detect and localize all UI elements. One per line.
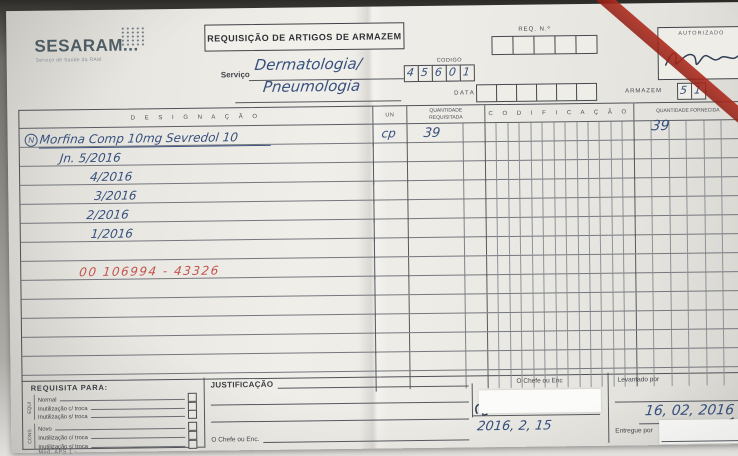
chefe-sign-line xyxy=(472,414,600,417)
codificacao-cell xyxy=(613,293,625,311)
fornecida-cell xyxy=(690,368,708,386)
codificacao-cell xyxy=(566,122,578,142)
fornecida-cell xyxy=(654,349,672,367)
col-un: UN xyxy=(373,106,407,123)
un-cell xyxy=(374,200,408,220)
codificacao-cell xyxy=(544,217,556,237)
item-rule xyxy=(55,428,185,431)
codificacao-cell xyxy=(486,199,498,219)
fornecida-cell xyxy=(724,310,738,328)
codificacao-cell xyxy=(555,236,567,254)
requisita-item-label: Inutilização c/ troca xyxy=(38,406,88,413)
codificacao-cell xyxy=(589,179,601,199)
codificacao-cell xyxy=(566,141,578,161)
qty-requisitada-subcell xyxy=(466,313,488,331)
fornecida-cell xyxy=(669,121,687,141)
codificacao-cell xyxy=(532,161,544,181)
codificacao-cell xyxy=(603,350,615,368)
fornecida-cell xyxy=(687,159,705,179)
codificacao-cell xyxy=(578,179,590,199)
codificacao-cell xyxy=(623,178,635,198)
un-cell: cp xyxy=(373,124,407,144)
fornecida-cell xyxy=(653,216,671,236)
data-box xyxy=(536,83,557,101)
fornecida-cell xyxy=(704,120,722,140)
codificacao-cell xyxy=(612,198,624,218)
fornecida-cell xyxy=(687,178,705,198)
fornecida-cell xyxy=(705,196,723,216)
codificacao-cell xyxy=(510,237,522,255)
codificacao-cell xyxy=(602,312,614,330)
codificacao-cell xyxy=(522,313,534,331)
fornecida-cell xyxy=(707,329,725,347)
fornecida-cell xyxy=(635,159,653,179)
designacao-text: 3/2016 xyxy=(94,188,138,203)
codificacao-cell xyxy=(531,142,543,162)
codificacao-cell xyxy=(511,313,523,331)
codificacao-cell xyxy=(579,293,591,311)
codificacao-cell xyxy=(579,274,591,292)
codificacao-cell xyxy=(567,274,579,292)
codificacao-cell xyxy=(577,141,589,161)
codificacao-cell xyxy=(521,237,533,255)
qty-requisitada-subcell xyxy=(465,256,487,276)
fornecida-cell xyxy=(722,120,738,140)
chefe-date: 2016, 2, 15 xyxy=(476,418,552,434)
qty-requisitada-subcell xyxy=(463,123,485,143)
fornecida-cell xyxy=(706,234,724,252)
codificacao-cell xyxy=(566,179,578,199)
codificacao-cell xyxy=(554,122,566,142)
fornecida-cell xyxy=(636,254,654,274)
item-rule xyxy=(91,408,185,410)
fornecida-cell xyxy=(670,197,688,217)
fornecida-cell xyxy=(669,140,687,160)
group-items: NormalInutilização c/ trocaInutilização … xyxy=(38,393,197,421)
codificacao-cell xyxy=(567,255,579,275)
fornecida-cell xyxy=(724,329,738,347)
qty-requisitada-cell xyxy=(409,275,465,294)
qty-requisitada-subcell xyxy=(464,180,486,200)
codigo-box-digit: 0 xyxy=(448,66,456,79)
codificacao-cell xyxy=(510,256,522,276)
fornecida-cell xyxy=(636,292,654,310)
codigo-box: 0 xyxy=(446,65,461,82)
codificacao-cell xyxy=(497,123,509,143)
codificacao-cell xyxy=(614,312,626,330)
codificacao-cell xyxy=(556,293,568,311)
codificacao-cell xyxy=(556,274,568,292)
fornecida-cell xyxy=(672,349,690,367)
un-cell xyxy=(374,181,408,201)
qty-requisitada-cell xyxy=(408,180,464,201)
codificacao-cell xyxy=(499,256,511,276)
codificacao-cell xyxy=(567,217,579,237)
requisita-item-label: Inutilização s/ troca xyxy=(38,414,88,421)
fornecida-cell xyxy=(671,235,689,253)
un-cell xyxy=(376,333,410,351)
codificacao-cell xyxy=(534,351,546,369)
codificacao-cell xyxy=(579,255,591,275)
codificacao-cell xyxy=(612,179,624,199)
codificacao-cell xyxy=(624,254,636,274)
codificacao-cell xyxy=(498,237,510,255)
codificacao-cell xyxy=(578,198,590,218)
chefe-sign-row: O Chefe ou Enc. xyxy=(211,433,469,443)
un-cell xyxy=(376,314,410,332)
codificacao-cell xyxy=(613,274,625,292)
codificacao-cell xyxy=(613,255,625,275)
fornecida-cell xyxy=(688,235,706,253)
qty-fornecida-text: 39 xyxy=(651,118,671,134)
codificacao-cell xyxy=(555,198,567,218)
codificacao-cell xyxy=(612,217,624,237)
qty-requisitada-cell xyxy=(410,332,466,351)
fornecida-cell xyxy=(672,330,690,348)
codificacao-cell xyxy=(601,198,613,218)
codificacao-cell xyxy=(533,237,545,255)
checkbox xyxy=(188,393,197,402)
codificacao-cell xyxy=(487,218,499,238)
table-body: NMorfina Comp 10mg Sevredol 10cp3939Jn. … xyxy=(19,120,738,394)
codificacao-cell xyxy=(590,274,602,292)
codificacao-cell xyxy=(568,293,580,311)
qty-requisitada-cell xyxy=(408,199,464,220)
un-cell xyxy=(375,276,409,294)
requisita-item-label: Normal xyxy=(38,397,57,403)
justificacao-rule-2 xyxy=(211,401,469,405)
codificacao-cell xyxy=(600,141,612,161)
codificacao-cell xyxy=(521,256,533,276)
codificacao-cell xyxy=(591,312,603,330)
codificacao-cell xyxy=(534,313,546,331)
codificacao-cell xyxy=(602,274,614,292)
fornecida-cell xyxy=(705,215,723,235)
servico-value-line2: Pneumologia xyxy=(262,77,361,96)
codificacao-cell xyxy=(544,255,556,275)
codificacao-cell xyxy=(509,180,521,200)
fornecida-cell xyxy=(654,330,672,348)
fornecida-cell xyxy=(706,310,724,328)
fornecida-cell xyxy=(653,197,671,217)
fornecida-cell xyxy=(687,140,705,160)
codificacao-cell xyxy=(554,141,566,161)
levantado-label: Levantado por xyxy=(618,376,660,384)
codificacao-cell xyxy=(543,141,555,161)
codificacao-cell xyxy=(556,312,568,330)
codificacao-cell xyxy=(488,294,500,312)
un-cell xyxy=(375,257,409,277)
codificacao-cell xyxy=(509,218,521,238)
fornecida-cell xyxy=(636,235,654,253)
codificacao-cell xyxy=(624,197,636,217)
req-n-box xyxy=(554,35,576,54)
qty-requisitada-subcell xyxy=(464,142,486,162)
data-box xyxy=(496,84,517,102)
col-codificacao: C O D I F I C A Ç Ã O xyxy=(485,103,634,122)
fornecida-cell xyxy=(637,349,655,367)
codificacao-cell xyxy=(533,256,545,276)
fornecida-cell xyxy=(725,367,738,385)
codificacao-cell xyxy=(625,292,637,310)
codificacao-cell xyxy=(497,161,509,181)
designacao-text: 2/2016 xyxy=(86,208,130,223)
fornecida-cell xyxy=(705,177,723,197)
codificacao-cell xyxy=(510,294,522,312)
codificacao-cell xyxy=(555,160,567,180)
requisita-para-box: REQUISITA PARA: EQUINormalInutilização c… xyxy=(22,378,206,450)
codigo-box: 4 xyxy=(404,65,419,82)
codificacao-cell xyxy=(623,159,635,179)
codificacao-cell xyxy=(500,351,512,369)
fornecida-cell xyxy=(689,311,707,329)
codificacao-cell xyxy=(488,332,500,350)
fornecida-cell xyxy=(671,311,689,329)
req-n-box xyxy=(512,36,534,55)
justificacao-rule-3 xyxy=(211,418,469,422)
fornecida-cell xyxy=(689,330,707,348)
fornecida-cell xyxy=(688,197,706,217)
qty-requisitada-cell xyxy=(409,218,465,239)
codificacao-cell xyxy=(509,161,521,181)
codificacao-cell xyxy=(566,160,578,180)
codificacao-cell xyxy=(522,332,534,350)
fornecida-cell xyxy=(652,159,670,179)
qty-requisitada-text: 39 xyxy=(423,126,441,141)
fornecida-cell xyxy=(653,254,671,274)
chefe-enc-label: O Chefe ou Enc. xyxy=(211,436,259,444)
codificacao-cell xyxy=(533,275,545,293)
fornecida-cell xyxy=(670,216,688,236)
fornecida-cell xyxy=(688,273,706,291)
fornecida-cell xyxy=(654,292,672,310)
codificacao-cell xyxy=(485,123,497,143)
chefe-header-label: O Chefe ou Enc xyxy=(479,377,601,385)
codificacao-cell xyxy=(486,180,498,200)
codificacao-cell xyxy=(588,122,600,142)
paper-form: SESARAM... Serviço de Saúde da RAM REQUI… xyxy=(6,2,738,453)
codificacao-cell xyxy=(578,236,590,254)
fornecida-cell xyxy=(672,368,690,386)
codificacao-cell xyxy=(577,122,589,142)
fornecida-cell xyxy=(704,139,722,159)
data-boxes xyxy=(477,83,597,102)
un-text: cp xyxy=(381,126,397,140)
codigo-box: 5 xyxy=(418,65,433,82)
fornecida-cell xyxy=(707,348,725,366)
codificacao-cell xyxy=(498,218,510,238)
checkbox xyxy=(188,440,197,449)
codificacao-cell xyxy=(532,180,544,200)
item-rule xyxy=(60,399,185,402)
fornecida-cell xyxy=(724,291,738,309)
codificacao-cell xyxy=(497,142,509,162)
fornecida-cell xyxy=(634,121,652,141)
codificacao-cell xyxy=(623,121,635,141)
fornecida-cell xyxy=(636,273,654,291)
codificacao-cell xyxy=(590,293,602,311)
fornecida-cell xyxy=(671,292,689,310)
fornecida-cell xyxy=(635,197,653,217)
codificacao-cell xyxy=(589,198,601,218)
codificacao-cell xyxy=(499,332,511,350)
redaction-box-chefe xyxy=(479,389,601,413)
qty-requisitada-subcell xyxy=(465,237,487,255)
col-qty-requisitada: QUANTIDADE REQUISITADA xyxy=(407,105,485,123)
codificacao-cell xyxy=(520,161,532,181)
codificacao-cell xyxy=(612,160,624,180)
fornecida-cell xyxy=(688,216,706,236)
codificacao-cell xyxy=(602,293,614,311)
fornecida-cell xyxy=(652,140,670,160)
codificacao-cell xyxy=(579,312,591,330)
fornecida-cell xyxy=(652,178,670,198)
un-cell xyxy=(376,352,410,370)
fornecida-cell xyxy=(707,367,725,385)
codigo-boxes: 45601 xyxy=(405,64,475,82)
codificacao-cell xyxy=(625,330,637,348)
codificacao-cell xyxy=(508,123,520,143)
data-box xyxy=(556,83,577,101)
fornecida-cell xyxy=(687,121,705,141)
qty-requisitada-subcell xyxy=(464,199,486,219)
checkbox xyxy=(188,422,197,431)
servico-label: Serviço xyxy=(221,70,250,79)
fornecida-cell xyxy=(722,158,738,178)
fornecida-cell xyxy=(706,291,724,309)
data-box xyxy=(516,84,537,102)
codificacao-cell xyxy=(545,312,557,330)
fornecida-cell xyxy=(723,196,738,216)
codificacao-cell xyxy=(510,275,522,293)
qty-requisitada-subcell xyxy=(465,275,487,293)
codificacao-cell xyxy=(509,199,521,219)
fornecida-cell xyxy=(723,234,738,252)
req-n-boxes xyxy=(492,35,597,55)
codificacao-cell xyxy=(601,217,613,237)
codificacao-cell xyxy=(600,122,612,142)
fornecida-cell xyxy=(670,159,688,179)
codificacao-cell xyxy=(613,236,625,254)
codificacao-cell xyxy=(545,293,557,311)
codificacao-cell xyxy=(580,331,592,349)
codificacao-cell xyxy=(486,142,498,162)
fornecida-cell xyxy=(653,273,671,291)
codificacao-cell xyxy=(625,349,637,367)
codificacao-cell xyxy=(625,273,637,291)
codigo-box: 1 xyxy=(460,64,475,81)
codificacao-cell xyxy=(488,351,500,369)
qty-requisitada-cell xyxy=(408,161,464,182)
codificacao-cell xyxy=(486,161,498,181)
data-box xyxy=(476,84,497,102)
codificacao-cell xyxy=(499,294,511,312)
circled-mark: N xyxy=(25,134,38,147)
fornecida-cell xyxy=(670,178,688,198)
requisita-item-label: Novo xyxy=(38,427,52,433)
codificacao-cell xyxy=(545,331,557,349)
codificacao-cell xyxy=(624,235,636,253)
codificacao-cell xyxy=(511,332,523,350)
codificacao-cell xyxy=(499,313,511,331)
codificacao-cell xyxy=(544,236,556,254)
codificacao-cell xyxy=(568,331,580,349)
group-side-label: CONS xyxy=(27,424,35,449)
codificacao-cell xyxy=(566,198,578,218)
codificacao-cell xyxy=(533,294,545,312)
fornecida-cell xyxy=(706,272,724,290)
codificacao-cell xyxy=(625,311,637,329)
fornecida-cell xyxy=(635,178,653,198)
qty-requisitada-subcell xyxy=(466,294,488,312)
data-box xyxy=(576,83,597,101)
fornecida-cell xyxy=(635,216,653,236)
codificacao-cell xyxy=(487,275,499,293)
codificacao-cell xyxy=(601,179,613,199)
fornecida-cell xyxy=(689,292,707,310)
codificacao-cell xyxy=(556,255,568,275)
requisita-item-label: Inutilização c/ troca xyxy=(38,435,88,442)
fornecida-cell xyxy=(689,349,707,367)
codificacao-cell xyxy=(567,236,579,254)
codigo-box: 6 xyxy=(432,65,447,82)
fornecida-cell xyxy=(653,235,671,253)
qty-requisitada-subcell xyxy=(465,218,487,238)
codigo-box-digit: 5 xyxy=(420,66,428,79)
justificacao-label: JUSTIFICAÇÃO xyxy=(211,380,274,390)
item-rule xyxy=(91,416,185,418)
codificacao-cell xyxy=(590,255,602,275)
codificacao-cell xyxy=(523,351,535,369)
req-n-box xyxy=(575,35,597,54)
codificacao-cell xyxy=(487,256,499,276)
qty-requisitada-cell xyxy=(409,256,465,277)
armazem-box: 5 xyxy=(677,83,692,100)
codificacao-cell xyxy=(521,218,533,238)
codificacao-cell xyxy=(555,179,567,199)
codificacao-cell xyxy=(555,217,567,237)
qty-requisitada-cell: 39 xyxy=(407,123,463,144)
designacao-text: 1/2016 xyxy=(90,227,134,242)
checkbox xyxy=(188,410,197,419)
un-cell xyxy=(374,143,408,163)
qty-requisitada-cell xyxy=(410,294,466,313)
codificacao-cell xyxy=(543,179,555,199)
codificacao-cell xyxy=(614,331,626,349)
codigo-box-digit: 1 xyxy=(462,65,470,78)
codificacao-cell xyxy=(499,275,511,293)
codificacao-cell xyxy=(498,180,510,200)
un-cell xyxy=(376,295,410,313)
item-rule xyxy=(91,446,185,448)
codificacao-cell xyxy=(520,123,532,143)
fornecida-cell xyxy=(637,330,655,348)
requisita-groups: EQUINormalInutilização c/ trocaInutiliza… xyxy=(27,393,198,454)
form-title: REQUISIÇÃO DE ARTIGOS DE ARMAZEM xyxy=(204,22,404,51)
codificacao-cell xyxy=(591,350,603,368)
codigo-label: CODIGO xyxy=(437,57,462,63)
codificacao-cell xyxy=(532,199,544,219)
requisita-group: EQUINormalInutilização c/ trocaInutiliza… xyxy=(27,393,197,421)
codificacao-cell xyxy=(544,198,556,218)
codificacao-cell xyxy=(624,216,636,236)
codificacao-cell xyxy=(590,236,602,254)
codificacao-cell xyxy=(589,141,601,161)
codificacao-cell xyxy=(522,275,534,293)
codificacao-cell xyxy=(532,218,544,238)
un-cell xyxy=(375,219,409,239)
req-n-box xyxy=(491,36,513,55)
